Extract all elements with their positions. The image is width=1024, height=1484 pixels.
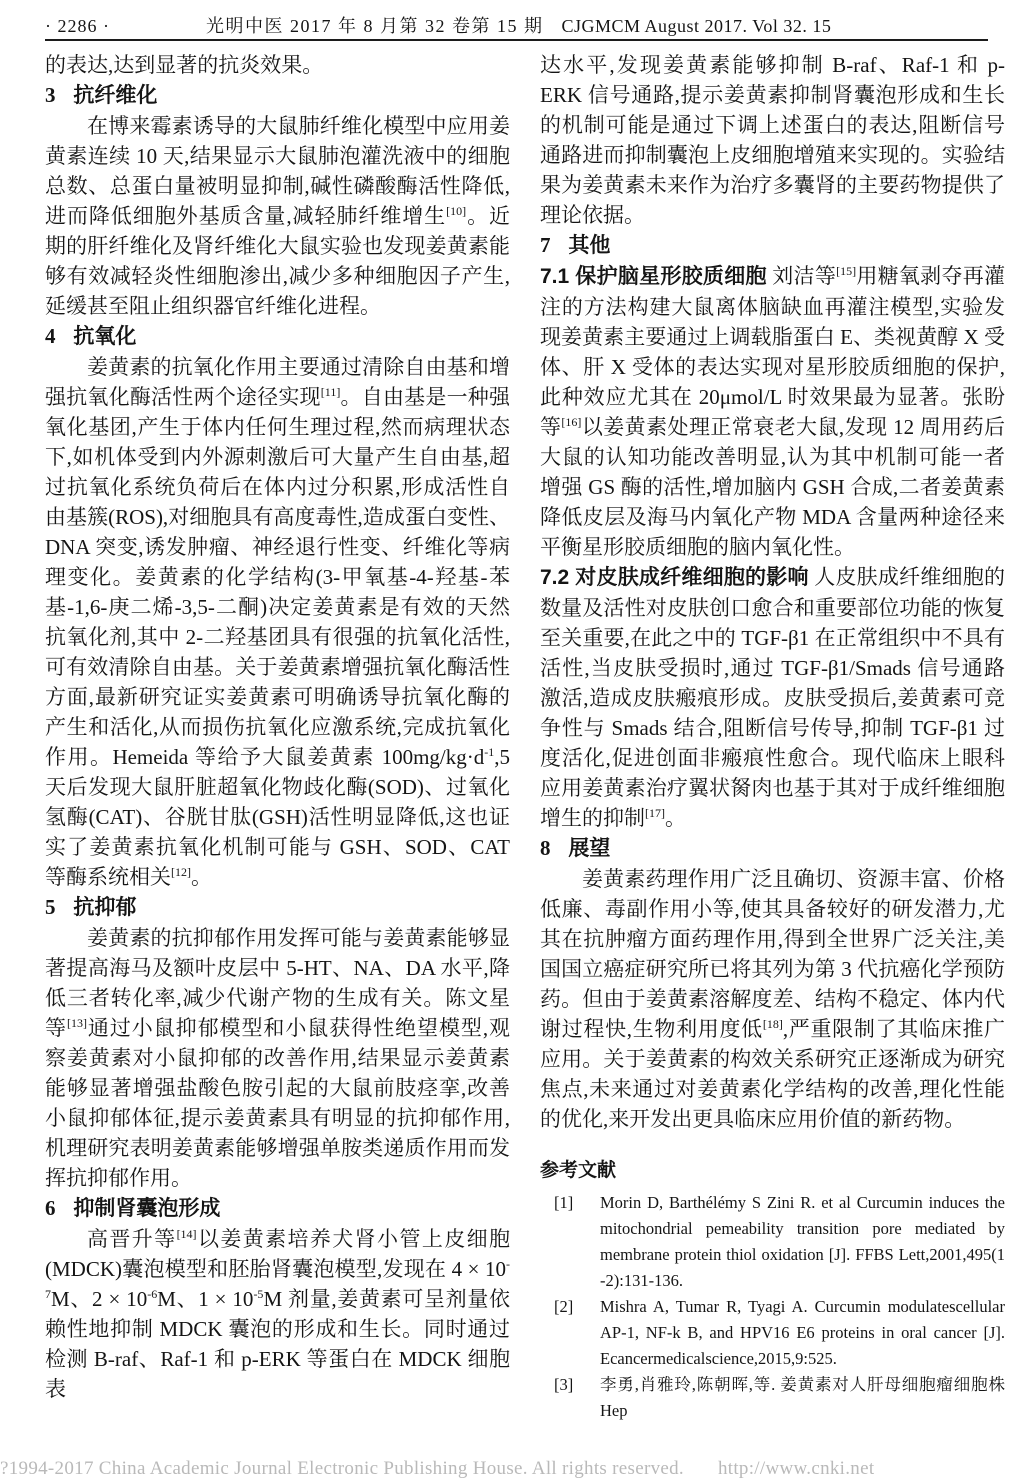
section-title: 抗抑郁 <box>73 896 136 919</box>
text-run: 。 <box>665 806 686 830</box>
header-rule <box>45 39 988 41</box>
citation-superscript: [16] <box>561 415 581 429</box>
article-body: 的表达,达到显著的抗炎效果。3抗纤维化在博来霉素诱导的大鼠肺纤维化模型中应用姜黄… <box>45 50 1005 1424</box>
section-number: 5 <box>45 895 56 919</box>
section-title: 抑制肾囊泡形成 <box>73 1197 220 1220</box>
journal-title-cn: 光明中医 2017 年 8 月第 32 卷第 15 期 <box>206 12 544 38</box>
paragraph: 高晋升等[14]以姜黄素培养犬肾小管上皮细胞(MDCK)囊泡模型和胚胎肾囊泡模型… <box>45 1224 510 1404</box>
citation-superscript: -6 <box>147 1287 157 1301</box>
citation-superscript: -1 <box>484 745 494 759</box>
subsection-title: 7.2 对皮肤成纤维细胞的影响 <box>540 566 809 589</box>
citation-superscript: [12] <box>171 865 191 879</box>
paragraph: 在博来霉素诱导的大鼠肺纤维化模型中应用姜黄素连续 10 天,结果显示大鼠肺泡灌洗… <box>45 111 510 321</box>
section-number: 4 <box>45 324 56 348</box>
text-run: M、1 × 10 <box>157 1287 253 1311</box>
paragraph: 7.2 对皮肤成纤维细胞的影响 人皮肤成纤维细胞的数量及活性对皮肤创口愈合和重要… <box>540 562 1005 833</box>
text-run: 人皮肤成纤维细胞的数量及活性对皮肤创口愈合和重要部位功能的恢复至关重要,在此之中… <box>540 565 1005 830</box>
paragraph: 7.1 保护脑星形胶质细胞 刘洁等[15]用糖氧剥夺再灌注的方法构建大鼠离体脑缺… <box>540 261 1005 562</box>
text-run: 通过小鼠抑郁模型和小鼠获得性绝望模型,观察姜黄素对小鼠抑郁的改善作用,结果显示姜… <box>45 1016 510 1190</box>
page-header: · 2286 · 光明中医 2017 年 8 月第 32 卷第 15 期 CJG… <box>45 12 985 38</box>
citation-superscript: [18] <box>763 1017 783 1031</box>
citation-superscript: [14] <box>177 1227 197 1241</box>
citation-superscript: -5 <box>253 1287 263 1301</box>
citation-superscript: [15] <box>836 264 856 278</box>
section-heading: 6抑制肾囊泡形成 <box>45 1193 510 1224</box>
section-title: 展望 <box>568 837 610 860</box>
section-heading: 8展望 <box>540 833 1005 864</box>
reference-text: 李勇,肖雅玲,陈朝晖,等. 姜黄素对人肝母细胞瘤细胞株 Hep <box>600 1372 1005 1424</box>
section-number: 3 <box>45 83 56 107</box>
subsection-title: 7.1 保护脑星形胶质细胞 <box>540 265 767 288</box>
text-run: Morin D, Barthélémy S Zini R. et al Curc… <box>600 1193 1005 1290</box>
reference-number: [1] <box>554 1190 600 1294</box>
reference-item: [2]Mishra A, Tumar R, Tyagi A. Curcumin … <box>540 1294 1005 1372</box>
section-heading: 7其他 <box>540 230 1005 261</box>
text-run: 的表达,达到显著的抗炎效果。 <box>45 53 323 77</box>
text-run: 刘洁等 <box>767 264 836 288</box>
paragraph: 姜黄素的抗氧化作用主要通过清除自由基和增强抗氧化酶活性两个途径实现[11]。自由… <box>45 352 510 892</box>
reference-text: Mishra A, Tumar R, Tyagi A. Curcumin mod… <box>600 1294 1005 1372</box>
text-run: 。 <box>191 865 212 889</box>
reference-number: [3] <box>554 1372 600 1424</box>
copyright-footer: ?1994-2017 China Academic Journal Electr… <box>0 1458 1024 1480</box>
citation-superscript: [13] <box>67 1016 87 1030</box>
copyright-text: ?1994-2017 China Academic Journal Electr… <box>0 1458 684 1479</box>
citation-superscript: [17] <box>645 806 665 820</box>
reference-item: [1]Morin D, Barthélémy S Zini R. et al C… <box>540 1190 1005 1294</box>
page-number: · 2286 · <box>45 16 110 37</box>
text-run: 李勇,肖雅玲,陈朝晖,等. 姜黄素对人肝母细胞瘤细胞株 Hep <box>600 1375 1005 1420</box>
section-title: 抗氧化 <box>73 325 136 348</box>
cnki-url: http://www.cnki.net <box>718 1458 874 1479</box>
section-title: 抗纤维化 <box>73 84 157 107</box>
journal-page: · 2286 · 光明中医 2017 年 8 月第 32 卷第 15 期 CJG… <box>0 0 1024 1484</box>
journal-title-en: CJGMCM August 2017. Vol 32. 15 <box>562 16 832 37</box>
section-heading: 3抗纤维化 <box>45 80 510 111</box>
section-title: 其他 <box>568 234 610 257</box>
citation-superscript: [11] <box>321 385 341 399</box>
text-run: 以姜黄素处理正常衰老大鼠,发现 12 周用药后大鼠的认知功能改善明显,认为其中机… <box>540 415 1005 559</box>
paragraph: 姜黄素的抗抑郁作用发挥可能与姜黄素能够显著提高海马及额叶皮层中 5-HT、NA、… <box>45 923 510 1193</box>
section-number: 6 <box>45 1196 56 1220</box>
section-heading: 4抗氧化 <box>45 321 510 352</box>
paragraph: 达水平,发现姜黄素能够抑制 B-raf、Raf-1 和 p-ERK 信号通路,提… <box>540 50 1005 230</box>
text-run: 。自由基是一种强氧化基团,产生于体内任何生理过程,然而病理状态下,如机体受到内外… <box>45 385 510 769</box>
text-run: 姜黄素药理作用广泛且确切、资源丰富、价格低廉、毒副作用小等,使其具备较好的研发潜… <box>540 867 1005 1041</box>
text-run: 高晋升等 <box>87 1227 177 1251</box>
references-heading: 参考文献 <box>540 1156 1005 1186</box>
left-column: 的表达,达到显著的抗炎效果。3抗纤维化在博来霉素诱导的大鼠肺纤维化模型中应用姜黄… <box>45 50 510 1424</box>
section-number: 7 <box>540 233 551 257</box>
reference-item: [3]李勇,肖雅玲,陈朝晖,等. 姜黄素对人肝母细胞瘤细胞株 Hep <box>540 1372 1005 1424</box>
text-run: M、2 × 10 <box>51 1287 147 1311</box>
paragraph: 姜黄素药理作用广泛且确切、资源丰富、价格低廉、毒副作用小等,使其具备较好的研发潜… <box>540 864 1005 1134</box>
reference-number: [2] <box>554 1294 600 1372</box>
paragraph: 的表达,达到显著的抗炎效果。 <box>45 50 510 80</box>
text-run: 用糖氧剥夺再灌注的方法构建大鼠离体脑缺血再灌注模型,实验发现姜黄素主要通过上调载… <box>540 264 1005 439</box>
text-run: 在博来霉素诱导的大鼠肺纤维化模型中应用姜黄素连续 10 天,结果显示大鼠肺泡灌洗… <box>45 114 510 228</box>
text-run: 达水平,发现姜黄素能够抑制 B-raf、Raf-1 和 p-ERK 信号通路,提… <box>540 53 1005 227</box>
right-column: 达水平,发现姜黄素能够抑制 B-raf、Raf-1 和 p-ERK 信号通路,提… <box>540 50 1005 1424</box>
citation-superscript: [10] <box>446 204 466 218</box>
reference-text: Morin D, Barthélémy S Zini R. et al Curc… <box>600 1190 1005 1294</box>
section-heading: 5抗抑郁 <box>45 892 510 923</box>
text-run: Mishra A, Tumar R, Tyagi A. Curcumin mod… <box>600 1297 1005 1368</box>
section-number: 8 <box>540 836 551 860</box>
